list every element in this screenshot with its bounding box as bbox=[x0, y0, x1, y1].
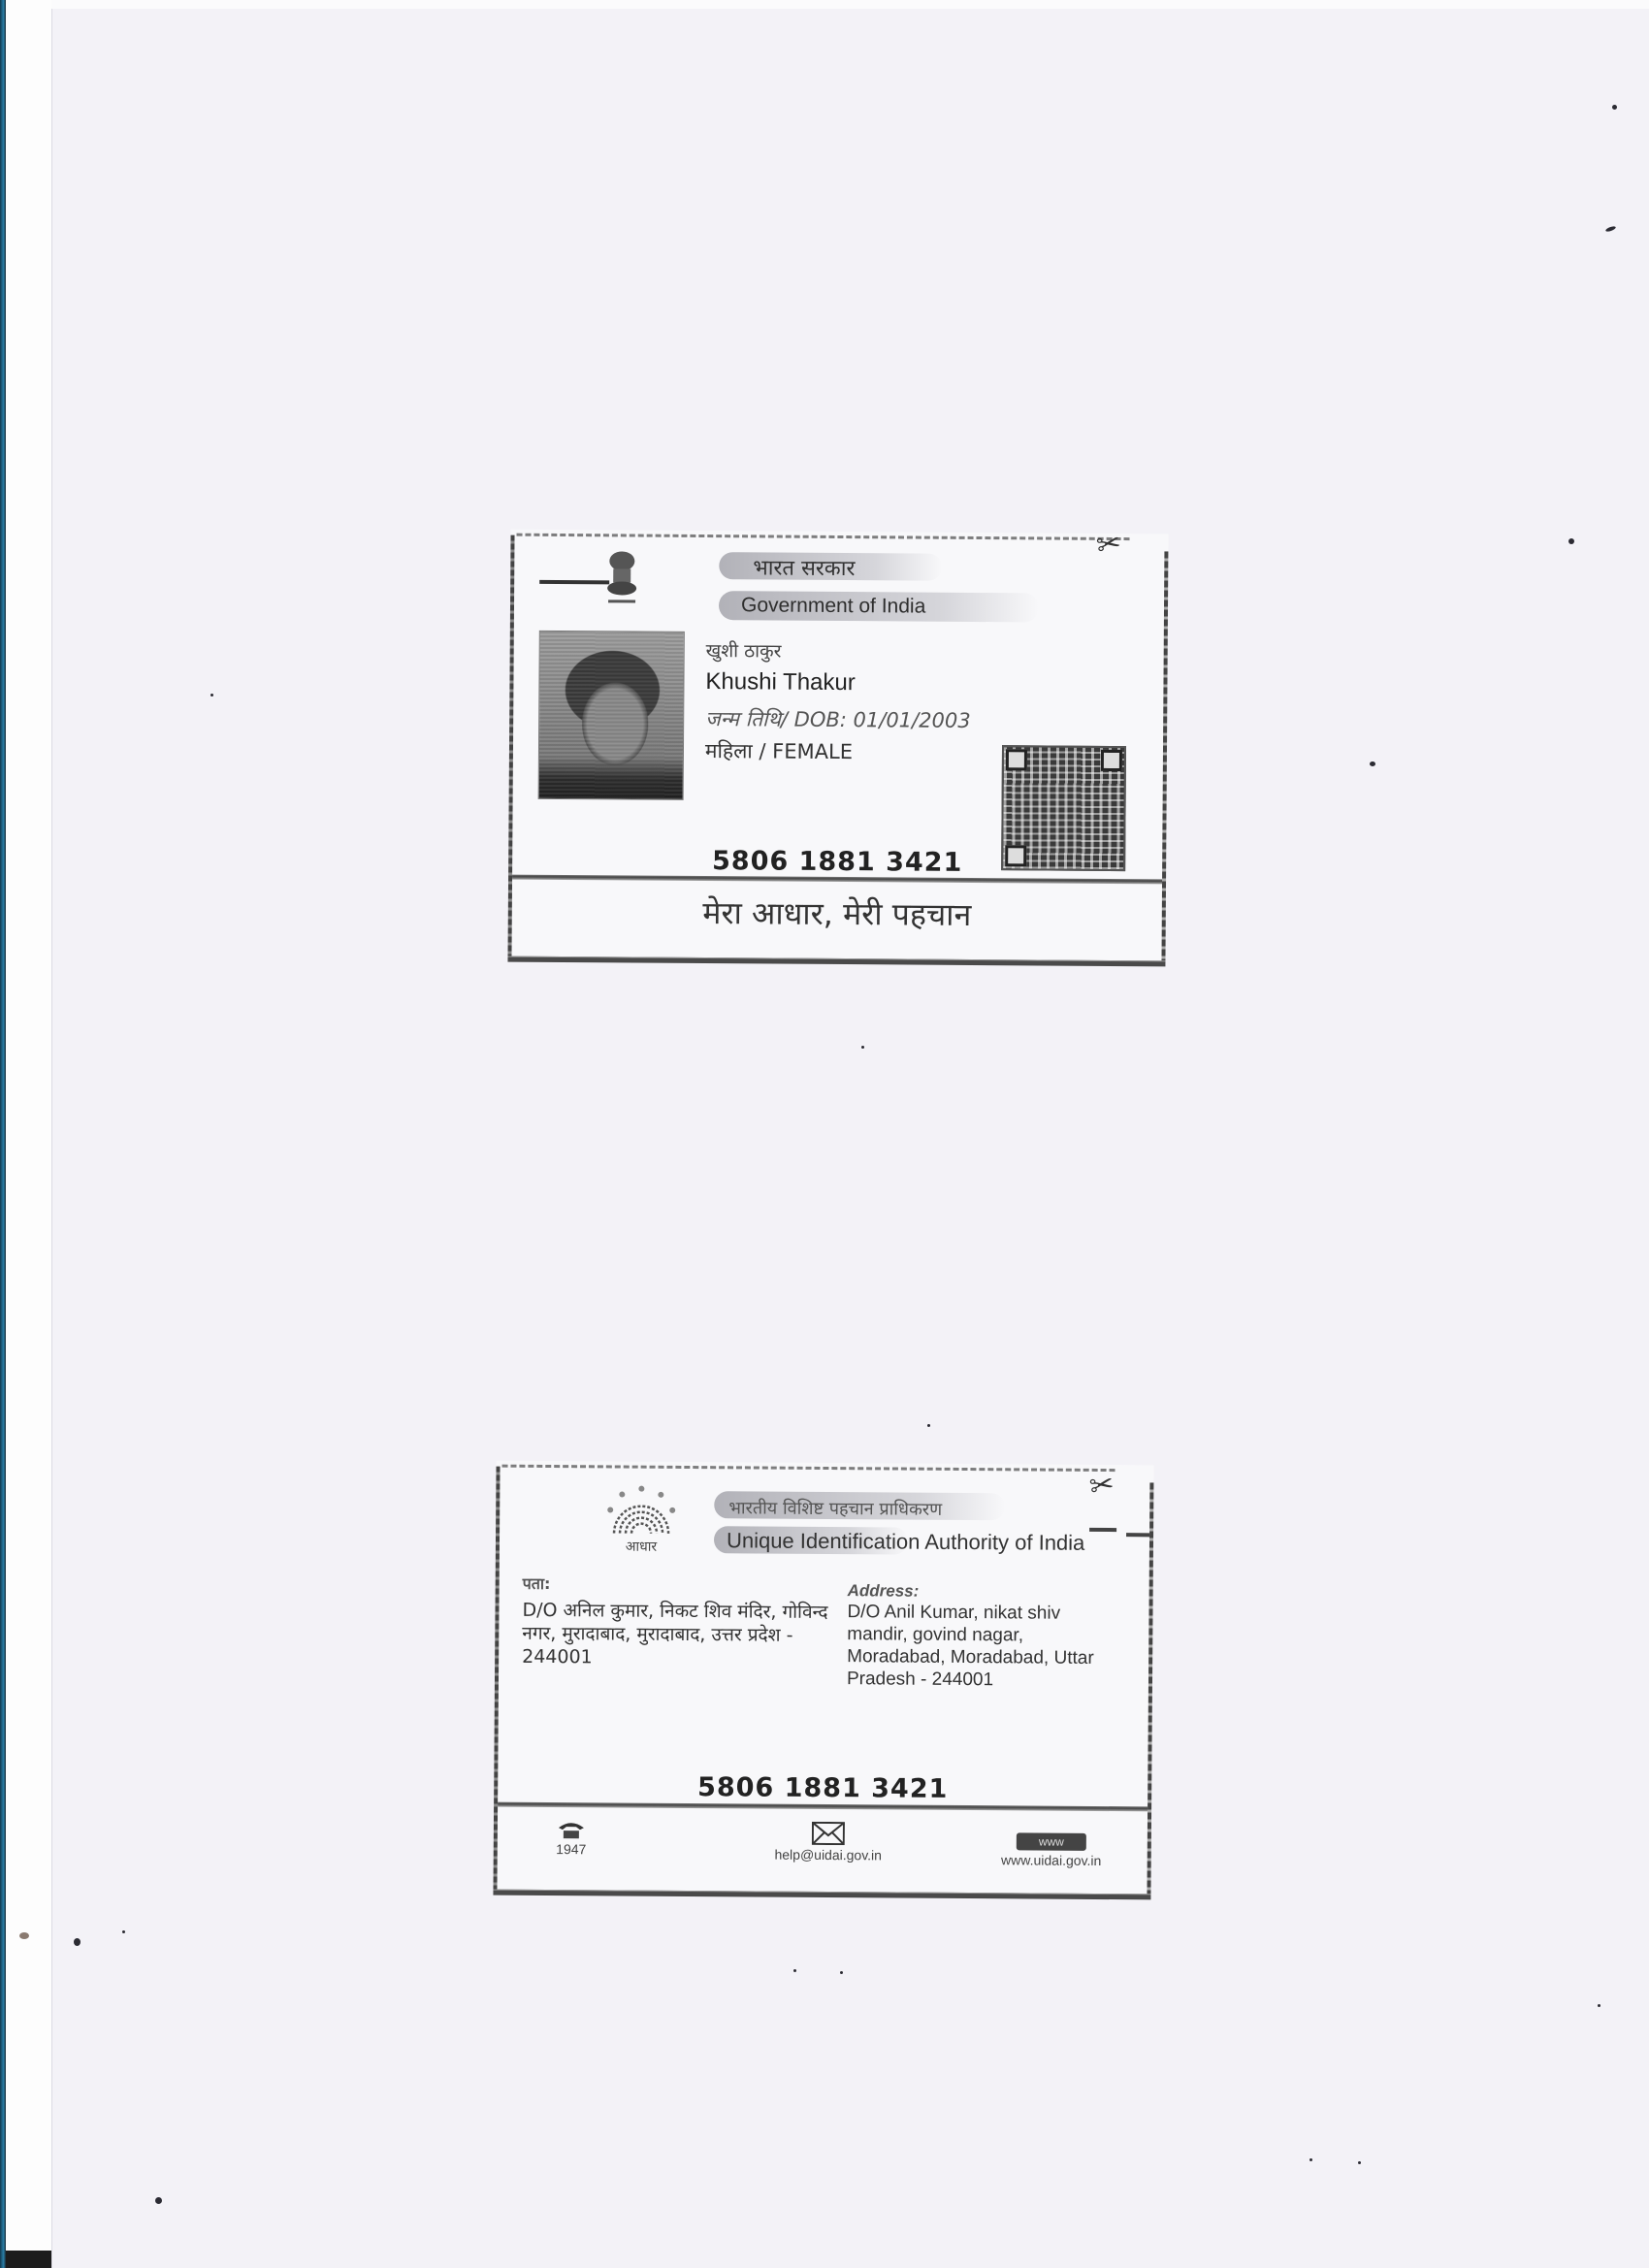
dust-speck bbox=[19, 1932, 29, 1939]
svg-text:आधार: आधार bbox=[626, 1539, 658, 1553]
date-of-birth: जन्म तिथि/ DOB: 01/01/2003 bbox=[705, 705, 971, 734]
dust-speck bbox=[840, 1971, 843, 1974]
scissors-icon: ✂ bbox=[1087, 1467, 1117, 1505]
dust-speck bbox=[793, 1969, 796, 1972]
emblem-bar bbox=[539, 580, 609, 585]
footer-email: help@uidai.gov.in bbox=[746, 1821, 911, 1863]
dust-speck bbox=[861, 1046, 864, 1049]
government-english: Government of India bbox=[741, 594, 925, 618]
qr-finder bbox=[1006, 749, 1027, 770]
footer-phone: 1947 bbox=[542, 1820, 600, 1857]
authority-english: Unique Identification Authority of India bbox=[727, 1528, 1085, 1556]
holder-name-hindi: खुशी ठाकुर bbox=[706, 637, 782, 664]
dust-speck bbox=[1568, 538, 1574, 544]
government-hindi: भारत सरकार bbox=[753, 552, 855, 582]
dust-speck bbox=[927, 1424, 930, 1427]
dust-speck bbox=[210, 694, 213, 697]
dust-speck bbox=[122, 1930, 125, 1933]
scanner-margin bbox=[6, 0, 51, 2251]
address-label-hindi: पता: bbox=[523, 1572, 551, 1594]
www-icon: www bbox=[1017, 1832, 1086, 1851]
help-email[interactable]: help@uidai.gov.in bbox=[774, 1847, 882, 1863]
website-url[interactable]: www.uidai.gov.in bbox=[1001, 1852, 1101, 1868]
holder-name: Khushi Thakur bbox=[705, 668, 856, 697]
aadhaar-number: 5806 1881 3421 bbox=[494, 1771, 1151, 1806]
scanned-page bbox=[51, 9, 1649, 2268]
qr-finder bbox=[1101, 750, 1122, 771]
cut-mark bbox=[1126, 1533, 1149, 1537]
dust-speck bbox=[1358, 2161, 1361, 2164]
phone-icon bbox=[557, 1820, 586, 1839]
address-english: D/O Anil Kumar, nikat shiv mandir, govin… bbox=[847, 1601, 1100, 1692]
address-label: Address: bbox=[848, 1581, 920, 1602]
dust-speck bbox=[74, 1938, 81, 1946]
authority-hindi: भारतीय विशिष्ट पहचान प्राधिकरण bbox=[728, 1496, 942, 1521]
aadhaar-number: 5806 1881 3421 bbox=[508, 845, 1166, 880]
dust-speck bbox=[1309, 2158, 1312, 2161]
mail-icon bbox=[812, 1822, 845, 1845]
dust-speck bbox=[1598, 2004, 1600, 2007]
scanner-margin-bottom bbox=[6, 2251, 51, 2268]
tagline: मेरा आधार, मेरी पहचान bbox=[508, 891, 1166, 937]
holder-photo bbox=[538, 631, 685, 800]
phone-number: 1947 bbox=[556, 1841, 586, 1857]
footer-website: www www.uidai.gov.in bbox=[979, 1832, 1124, 1868]
aadhaar-logo-icon: आधार bbox=[602, 1482, 681, 1553]
dust-speck bbox=[1612, 105, 1617, 110]
national-emblem-icon bbox=[602, 549, 641, 607]
cut-mark bbox=[1089, 1528, 1116, 1532]
cut-line bbox=[517, 534, 1130, 540]
aadhaar-card-back: ✂ आधार भारतीय विशिष्ट पहचान प्राधिकरण Un… bbox=[493, 1461, 1153, 1900]
cut-line bbox=[502, 1465, 1115, 1472]
gender: महिला / FEMALE bbox=[705, 737, 853, 765]
address-hindi: D/O अनिल कुमार, निकट शिव मंदिर, गोविन्द … bbox=[522, 1599, 842, 1670]
aadhaar-card-front: ✂ भारत सरकार Government of India खुशी ठा… bbox=[507, 530, 1168, 967]
dust-speck bbox=[1370, 761, 1375, 766]
dust-speck bbox=[155, 2197, 162, 2204]
